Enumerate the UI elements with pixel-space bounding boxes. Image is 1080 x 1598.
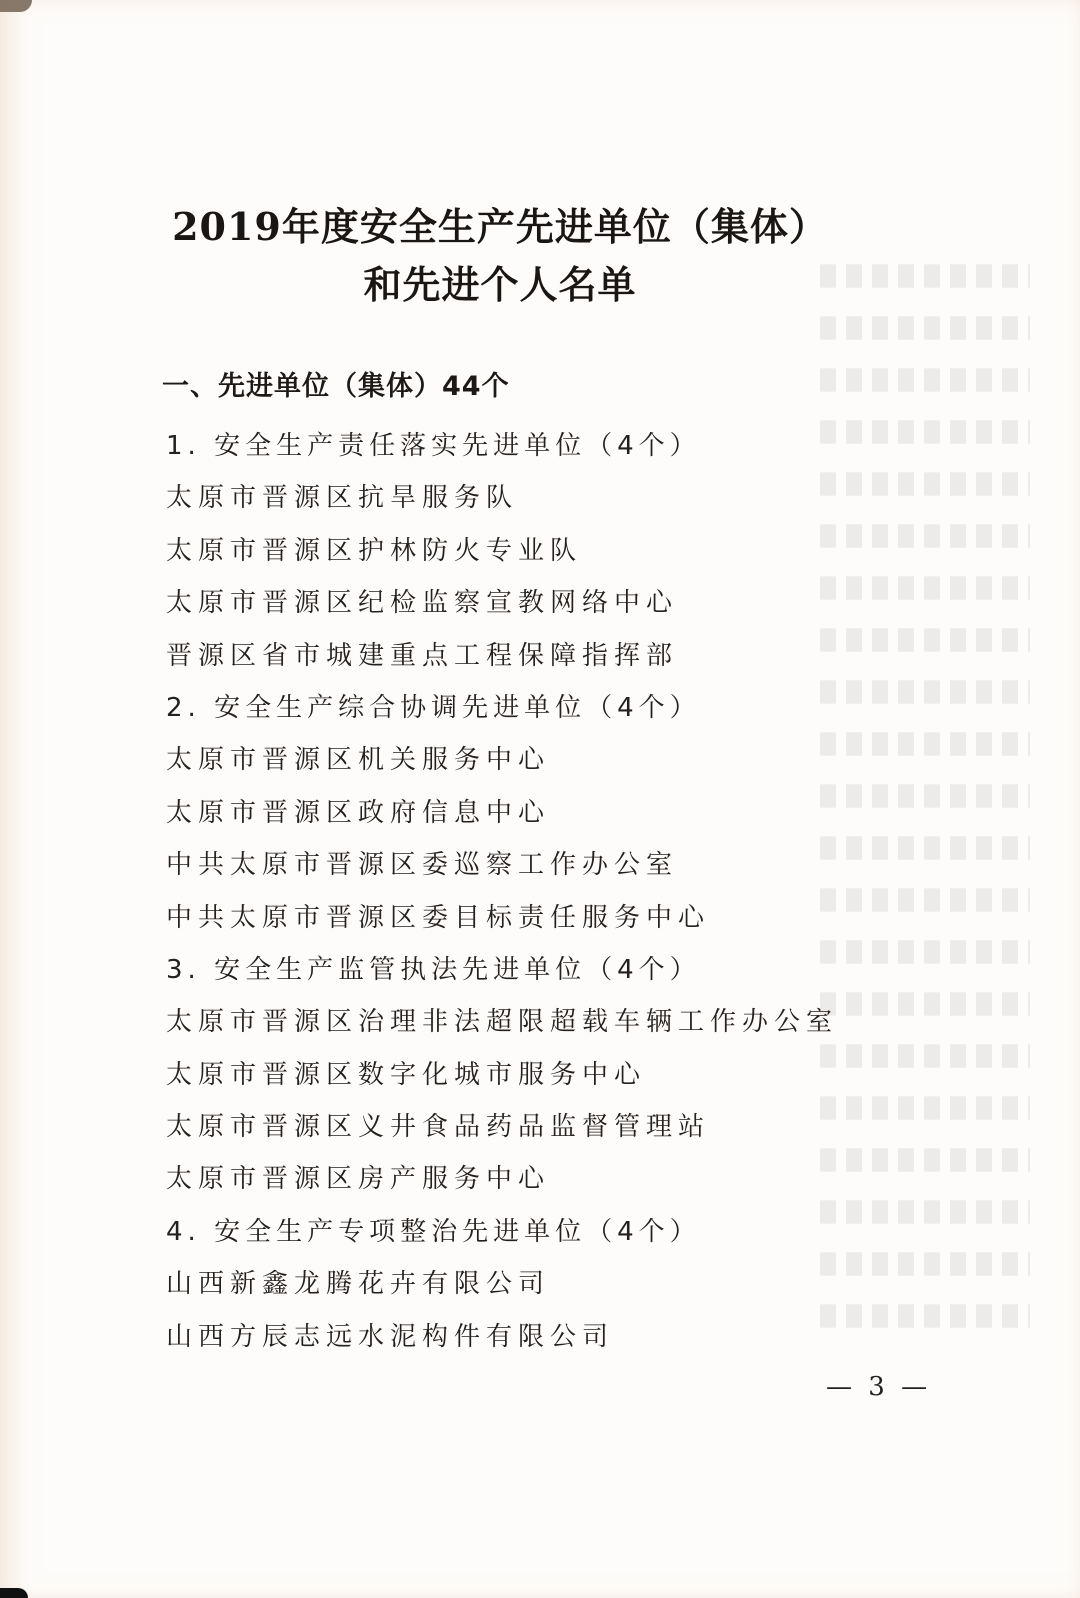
page-number: — 3 — [826,1372,931,1402]
scan-edge-shadow-bottom [0,1588,28,1598]
list-item: 太原市晋源区房产服务中心 [166,1153,926,1205]
list-item: 太原市晋源区义井食品药品监督管理站 [166,1101,926,1153]
list-item: 太原市晋源区数字化城市服务中心 [166,1049,926,1101]
list-item: 中共太原市晋源区委目标责任服务中心 [166,892,926,944]
list-item: 太原市晋源区纪检监察宣教网络中心 [166,577,926,629]
list-item: 中共太原市晋源区委巡察工作办公室 [166,839,926,891]
list-item: 太原市晋源区护林防火专业队 [166,525,926,577]
list-item: 山西新鑫龙腾花卉有限公司 [166,1258,926,1310]
document-title-line-1: 2019年度安全生产先进单位（集体） [0,196,1000,251]
list-item: 太原市晋源区治理非法超限超载车辆工作办公室 [166,996,926,1048]
category-heading: 1. 安全生产责任落实先进单位（4个） [166,420,926,472]
section-heading: 一、先进单位（集体）44个 [162,364,510,403]
list-item: 山西方辰志远水泥构件有限公司 [166,1311,926,1363]
document-title-line-2: 和先进个人名单 [0,254,1000,309]
list-item: 晋源区省市城建重点工程保障指挥部 [166,630,926,682]
scan-edge-shadow [0,0,32,12]
list-item: 太原市晋源区机关服务中心 [166,734,926,786]
list-item: 太原市晋源区政府信息中心 [166,787,926,839]
list-item: 太原市晋源区抗旱服务队 [166,472,926,524]
category-heading: 3. 安全生产监管执法先进单位（4个） [166,944,926,996]
category-heading: 4. 安全生产专项整治先进单位（4个） [166,1206,926,1258]
document-page: 2019年度安全生产先进单位（集体） 和先进个人名单 一、先进单位（集体）44个… [0,0,1080,1598]
category-heading: 2. 安全生产综合协调先进单位（4个） [166,682,926,734]
unit-list: 1. 安全生产责任落实先进单位（4个） 太原市晋源区抗旱服务队 太原市晋源区护林… [166,420,926,1363]
